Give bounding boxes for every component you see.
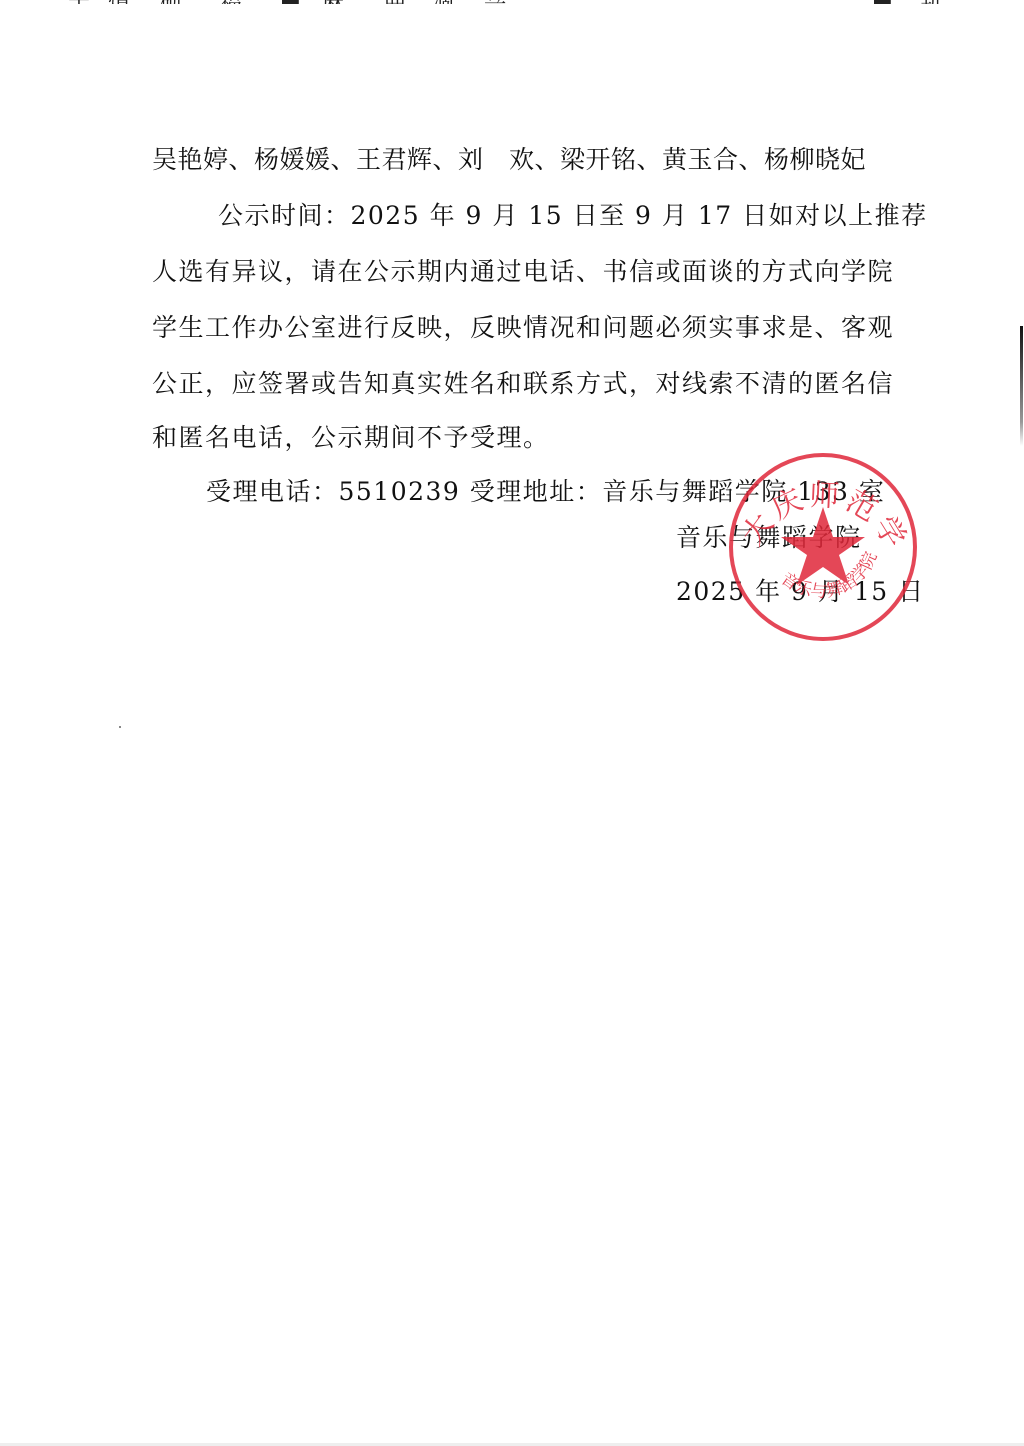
cutoff-glyph: 兴 <box>484 0 506 4</box>
cutoff-glyph: 新 <box>920 0 942 4</box>
notice-text-line: 公示时间：2025 年 9 月 15 日至 9 月 17 日如对以上推荐 <box>218 200 928 232</box>
scan-edge-mark <box>1020 326 1023 446</box>
signature-organization: 音乐与舞蹈学院 <box>676 522 862 554</box>
cutoff-glyph: 熄 <box>108 0 130 4</box>
notice-text-line: 和匿名电话，公示期间不予受理。 <box>152 422 550 454</box>
cutoff-glyph: ■ <box>280 0 301 4</box>
cutoff-glyph: 硕 <box>160 0 182 4</box>
cutoff-glyph: 涸 <box>432 0 454 4</box>
cutoff-glyph: 曲 <box>384 0 406 4</box>
signature-date: 2025 年 9 月 15 日 <box>676 576 925 608</box>
scan-speck <box>119 726 121 728</box>
cutoff-glyph: 十 <box>68 0 90 4</box>
notice-text-line: 公正，应签署或告知真实姓名和联系方式，对线索不清的匿名信 <box>152 368 894 400</box>
nominee-names: 吴艳婷、杨媛媛、王君辉、刘 欢、梁开铭、黄玉合、杨柳晓妃 <box>152 144 866 176</box>
notice-text-line: 人选有异议，请在公示期内通过电话、书信或面谈的方式向学院 <box>152 256 894 288</box>
contact-info: 受理电话：5510239 受理地址：音乐与舞蹈学院 133 室 <box>206 476 885 508</box>
notice-text-line: 学生工作办公室进行反映，反映情况和问题必须实事求是、客观 <box>152 312 894 344</box>
cutoff-glyph: ■ <box>872 0 893 4</box>
top-cutoff-text: 十 熄 硕 福 ■ 麻 曲 涸 兴 ■ 新 <box>0 0 1024 4</box>
cutoff-glyph: 麻 <box>322 0 344 4</box>
cutoff-glyph: 福 <box>220 0 242 4</box>
